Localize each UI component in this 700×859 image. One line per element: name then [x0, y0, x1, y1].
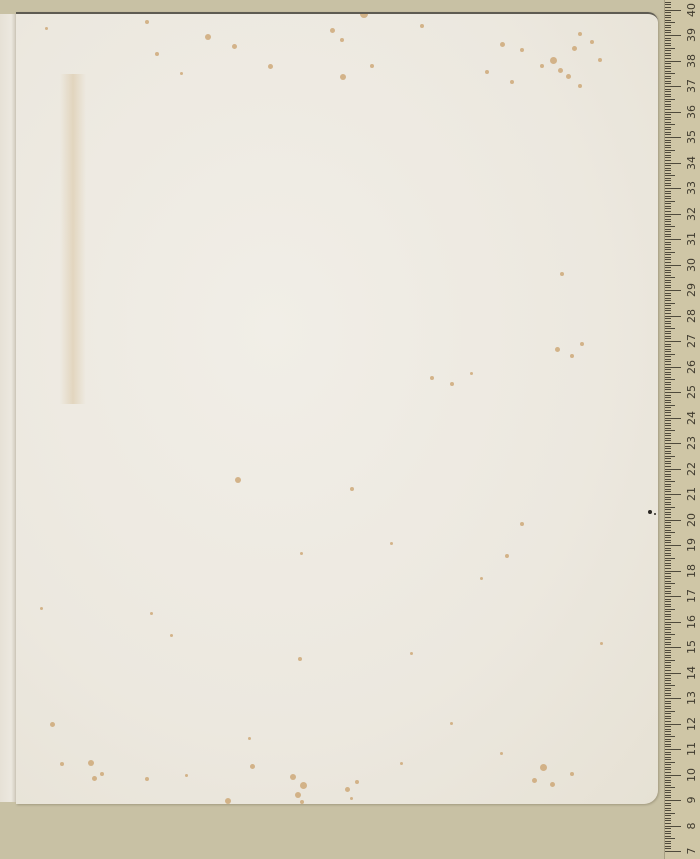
- ruler-tick: [665, 486, 671, 487]
- ruler-tick: [665, 173, 671, 174]
- ruler-tick: [665, 775, 681, 776]
- foxing-spot: [550, 57, 557, 64]
- foxing-spot: [570, 354, 574, 358]
- foxing-spot: [232, 44, 237, 49]
- ruler-tick: [665, 583, 675, 584]
- ruler-tick: [665, 346, 671, 347]
- ruler-tick: [665, 777, 671, 778]
- ruler-tick: [665, 7, 671, 8]
- ruler-label-35: 35: [686, 127, 698, 147]
- foxing-spot: [370, 64, 374, 68]
- foxing-spot: [598, 58, 602, 62]
- ruler-tick: [665, 71, 671, 72]
- ruler-tick: [665, 101, 671, 102]
- ruler-tick: [665, 226, 675, 227]
- ruler-label-14: 14: [686, 663, 698, 683]
- ruler-tick: [665, 818, 671, 819]
- ruler-tick: [665, 122, 671, 123]
- ruler-tick: [665, 688, 671, 689]
- ruler-tick: [665, 216, 671, 217]
- foxing-spot: [500, 42, 505, 47]
- ruler-tick: [665, 479, 671, 480]
- ruler-tick: [665, 318, 671, 319]
- ruler-tick: [665, 277, 675, 278]
- ruler-tick: [665, 147, 671, 148]
- ruler-tick: [665, 211, 671, 212]
- ruler-tick: [665, 430, 675, 431]
- ruler-tick: [665, 165, 671, 166]
- ruler-tick: [665, 142, 671, 143]
- foxing-spot: [248, 737, 251, 740]
- measuring-ruler: 7891011121314151617181920212223242526272…: [664, 0, 700, 859]
- ruler-label-21: 21: [686, 484, 698, 504]
- ruler-tick: [665, 425, 671, 426]
- ruler-tick: [665, 785, 671, 786]
- ruler-tick: [665, 12, 671, 13]
- ruler-tick: [665, 91, 671, 92]
- ruler-tick: [665, 338, 671, 339]
- ruler-tick: [665, 201, 675, 202]
- ruler-tick: [665, 20, 671, 21]
- ruler-tick: [665, 114, 671, 115]
- foxing-spot: [566, 74, 571, 79]
- ruler-tick: [665, 400, 671, 401]
- ruler-tick: [665, 290, 681, 291]
- foxing-spot: [250, 764, 255, 769]
- ruler-tick: [665, 25, 671, 26]
- ruler-tick: [665, 170, 671, 171]
- ruler-tick: [665, 152, 671, 153]
- ruler-tick: [665, 331, 671, 332]
- foxing-spot: [400, 762, 403, 765]
- ruler-tick: [665, 622, 681, 623]
- foxing-spot: [92, 776, 97, 781]
- ruler-label-23: 23: [686, 433, 698, 453]
- ruler-tick: [665, 772, 671, 773]
- foxing-spot: [150, 612, 153, 615]
- ruler-tick: [665, 374, 671, 375]
- foxing-spot: [485, 70, 489, 74]
- ruler-tick: [665, 713, 671, 714]
- ruler-tick: [665, 571, 681, 572]
- ruler-tick: [665, 512, 671, 513]
- foxing-spot: [578, 84, 582, 88]
- ruler-tick: [665, 231, 671, 232]
- foxing-spot: [410, 652, 413, 655]
- ruler-label-7: 7: [686, 841, 698, 859]
- ruler-tick: [665, 522, 671, 523]
- ruler-tick: [665, 690, 671, 691]
- ruler-tick: [665, 86, 681, 87]
- ruler-tick: [665, 448, 671, 449]
- ruler-tick: [665, 614, 671, 615]
- foxing-spot: [300, 800, 304, 804]
- ruler-label-17: 17: [686, 586, 698, 606]
- foxing-spot: [340, 74, 346, 80]
- ruler-tick: [665, 364, 671, 365]
- ruler-tick: [665, 10, 681, 11]
- ruler-tick: [665, 701, 671, 702]
- ruler-tick: [665, 313, 671, 314]
- foxing-spot: [450, 722, 453, 725]
- ruler-label-28: 28: [686, 306, 698, 326]
- ruler-tick: [665, 843, 671, 844]
- ruler-tick: [665, 678, 671, 679]
- ruler-tick: [665, 193, 671, 194]
- ruler-tick: [665, 764, 671, 765]
- ruler-tick: [665, 249, 671, 250]
- ruler-tick: [665, 140, 671, 141]
- foxing-spot: [205, 34, 211, 40]
- foxing-spot: [540, 764, 547, 771]
- ruler-tick: [665, 336, 671, 337]
- ruler-tick: [665, 461, 671, 462]
- ruler-tick: [665, 721, 671, 722]
- foxing-spot: [235, 477, 241, 483]
- ruler-tick: [665, 298, 671, 299]
- ruler-tick: [665, 652, 671, 653]
- ruler-tick: [665, 525, 671, 526]
- ruler-tick: [665, 683, 671, 684]
- ruler-tick: [665, 527, 671, 528]
- ruler-tick: [665, 665, 671, 666]
- ruler-tick: [665, 639, 671, 640]
- blank-page: [16, 12, 658, 804]
- foxing-spot: [570, 772, 574, 776]
- ruler-tick: [665, 716, 671, 717]
- ruler-tick: [665, 252, 675, 253]
- ruler-tick: [665, 76, 671, 77]
- ruler-tick: [665, 790, 671, 791]
- ruler-tick: [665, 124, 675, 125]
- ruler-label-30: 30: [686, 255, 698, 275]
- ruler-tick: [665, 180, 671, 181]
- ruler-tick: [665, 112, 681, 113]
- ruler-tick: [665, 303, 675, 304]
- ruler-label-20: 20: [686, 510, 698, 530]
- ruler-tick: [665, 356, 671, 357]
- ruler-tick: [665, 604, 671, 605]
- ruler-tick: [665, 392, 681, 393]
- ruler-tick: [665, 724, 681, 725]
- ruler-tick: [665, 609, 675, 610]
- ruler-tick: [665, 428, 671, 429]
- ruler-label-11: 11: [686, 739, 698, 759]
- ruler-tick: [665, 463, 671, 464]
- foxing-spot: [298, 657, 302, 661]
- foxing-spot: [88, 760, 94, 766]
- ruler-tick: [665, 377, 671, 378]
- ruler-tick: [665, 198, 671, 199]
- ruler-tick: [665, 387, 671, 388]
- ruler-tick: [665, 35, 681, 36]
- ruler-label-25: 25: [686, 382, 698, 402]
- ruler-label-13: 13: [686, 688, 698, 708]
- ruler-tick: [665, 293, 671, 294]
- ruler-tick: [665, 680, 671, 681]
- ruler-tick: [665, 752, 671, 753]
- ruler-tick: [665, 484, 671, 485]
- ruler-tick: [665, 757, 671, 758]
- ruler-tick: [665, 308, 671, 309]
- ruler-tick: [665, 275, 671, 276]
- foxing-spot: [300, 782, 307, 789]
- ruler-tick: [665, 841, 671, 842]
- ruler-tick: [665, 420, 671, 421]
- ruler-tick: [665, 693, 671, 694]
- ruler-tick: [665, 703, 671, 704]
- ruler-tick: [665, 833, 671, 834]
- ruler-tick: [665, 744, 671, 745]
- ruler-tick: [665, 787, 675, 788]
- ruler-label-19: 19: [686, 535, 698, 555]
- ruler-tick: [665, 800, 681, 801]
- ruler-tick: [665, 191, 671, 192]
- ruler-tick: [665, 160, 671, 161]
- ruler-tick: [665, 754, 671, 755]
- foxing-spot: [145, 20, 149, 24]
- ruler-tick: [665, 601, 671, 602]
- ruler-tick: [665, 469, 681, 470]
- ruler-tick: [665, 828, 671, 829]
- foxing-spot: [505, 554, 509, 558]
- ruler-tick: [665, 316, 681, 317]
- ruler-tick: [665, 655, 671, 656]
- foxing-spot: [180, 72, 183, 75]
- ruler-tick: [665, 734, 671, 735]
- ruler-tick: [665, 369, 671, 370]
- foxing-spot: [225, 798, 231, 804]
- foxing-spot: [558, 68, 563, 73]
- ruler-tick: [665, 667, 671, 668]
- ruler-tick: [665, 359, 671, 360]
- ruler-tick: [665, 586, 671, 587]
- ruler-tick: [665, 746, 671, 747]
- ruler-tick: [665, 168, 671, 169]
- ruler-tick: [665, 295, 671, 296]
- ruler-tick: [665, 558, 675, 559]
- foxing-spot: [330, 28, 335, 33]
- ruler-tick: [665, 823, 671, 824]
- ruler-tick: [665, 196, 671, 197]
- ruler-tick: [665, 619, 671, 620]
- ruler-tick: [665, 410, 671, 411]
- ruler-tick: [665, 685, 675, 686]
- ruler-tick: [665, 504, 671, 505]
- ruler-tick: [665, 660, 675, 661]
- ruler-label-27: 27: [686, 331, 698, 351]
- ruler-tick: [665, 532, 675, 533]
- ruler-tick: [665, 402, 671, 403]
- ruler-tick: [665, 736, 675, 737]
- ruler-tick: [665, 45, 671, 46]
- ruler-tick: [665, 89, 671, 90]
- ruler-tick: [665, 382, 671, 383]
- ruler-tick: [665, 418, 681, 419]
- ruler-tick: [665, 650, 671, 651]
- foxing-spot: [540, 64, 544, 68]
- ruler-tick: [665, 83, 671, 84]
- ruler-tick: [665, 540, 671, 541]
- ruler-tick: [665, 183, 671, 184]
- foxing-spot: [390, 542, 393, 545]
- ruler-tick: [665, 66, 671, 67]
- ruler-label-31: 31: [686, 229, 698, 249]
- foxing-spot: [470, 372, 473, 375]
- ruler-tick: [665, 550, 671, 551]
- foxing-spot: [510, 80, 514, 84]
- ruler-tick: [665, 282, 671, 283]
- ruler-tick: [665, 326, 671, 327]
- ruler-tick: [665, 578, 671, 579]
- ruler-tick: [665, 695, 671, 696]
- ruler-tick: [665, 22, 675, 23]
- ruler-tick: [665, 706, 671, 707]
- ruler-label-24: 24: [686, 408, 698, 428]
- ruler-tick: [665, 530, 671, 531]
- ruler-tick: [665, 397, 671, 398]
- ruler-tick: [665, 565, 671, 566]
- ruler-tick: [665, 244, 671, 245]
- ruler-tick: [665, 670, 671, 671]
- ruler-tick: [665, 43, 671, 44]
- ruler-tick: [665, 236, 671, 237]
- foxing-spot: [450, 382, 454, 386]
- ruler-tick: [665, 247, 671, 248]
- ruler-tick: [665, 568, 671, 569]
- ruler-tick: [665, 637, 671, 638]
- ruler-tick: [665, 629, 671, 630]
- ruler-tick: [665, 137, 681, 138]
- ruler-label-16: 16: [686, 612, 698, 632]
- foxing-spot: [500, 752, 503, 755]
- ruler-tick: [665, 675, 671, 676]
- ruler-tick: [665, 214, 681, 215]
- ruler-label-12: 12: [686, 714, 698, 734]
- ruler-tick: [665, 443, 681, 444]
- foxing-spot: [350, 797, 353, 800]
- ruler-tick: [665, 4, 671, 5]
- ruler-tick: [665, 50, 671, 51]
- ruler-tick: [665, 767, 671, 768]
- ruler-label-40: 40: [686, 0, 698, 20]
- ruler-tick: [665, 2, 671, 3]
- ruler-tick: [665, 433, 671, 434]
- ruler-tick: [665, 361, 671, 362]
- ruler-tick: [665, 285, 671, 286]
- ruler-tick: [665, 145, 671, 146]
- ruler-tick: [665, 117, 671, 118]
- ruler-tick: [665, 453, 671, 454]
- ruler-label-10: 10: [686, 765, 698, 785]
- ruler-tick: [665, 588, 671, 589]
- ruler-label-33: 33: [686, 178, 698, 198]
- foxing-spot: [572, 46, 577, 51]
- ruler-tick: [665, 494, 681, 495]
- ruler-tick: [665, 175, 675, 176]
- foxing-spot: [532, 778, 537, 783]
- foxing-spot: [185, 774, 188, 777]
- ruler-tick: [665, 458, 671, 459]
- ruler-tick: [665, 94, 671, 95]
- ruler-label-39: 39: [686, 25, 698, 45]
- ruler-tick: [665, 188, 681, 189]
- ruler-tick: [665, 593, 671, 594]
- ruler-label-18: 18: [686, 561, 698, 581]
- foxing-spot: [45, 27, 48, 30]
- ruler-tick: [665, 349, 671, 350]
- ruler-tick: [665, 456, 675, 457]
- ruler-tick: [665, 792, 671, 793]
- ruler-tick: [665, 657, 671, 658]
- ruler-tick: [665, 673, 681, 674]
- ruler-tick: [665, 134, 671, 135]
- ruler-label-29: 29: [686, 280, 698, 300]
- ruler-tick: [665, 759, 671, 760]
- foxing-spot: [590, 40, 594, 44]
- ruler-tick: [665, 548, 671, 549]
- ruler-tick: [665, 805, 671, 806]
- ruler-tick: [665, 333, 671, 334]
- ruler-tick: [665, 55, 671, 56]
- ruler-label-38: 38: [686, 51, 698, 71]
- ruler-label-36: 36: [686, 102, 698, 122]
- gutter-stain: [60, 74, 86, 404]
- ruler-tick: [665, 203, 671, 204]
- foxing-spot: [268, 64, 273, 69]
- ruler-tick: [665, 32, 671, 33]
- ruler-tick: [665, 438, 671, 439]
- ruler-tick: [665, 576, 671, 577]
- ruler-tick: [665, 517, 671, 518]
- ruler-tick: [665, 206, 671, 207]
- ruler-tick: [665, 132, 671, 133]
- ruler-tick: [665, 813, 675, 814]
- ruler-tick: [665, 78, 671, 79]
- ruler-tick: [665, 267, 671, 268]
- ruler-tick: [665, 627, 671, 628]
- foxing-spot: [60, 762, 64, 766]
- foxing-spot: [578, 32, 582, 36]
- ruler-tick: [665, 73, 675, 74]
- ruler-tick: [665, 647, 681, 648]
- ruler-label-37: 37: [686, 76, 698, 96]
- ruler-tick: [665, 30, 671, 31]
- ruler-tick: [665, 606, 671, 607]
- ruler-tick: [665, 265, 681, 266]
- foxing-spot: [170, 634, 173, 637]
- ruler-tick: [665, 423, 671, 424]
- ruler-tick: [665, 451, 671, 452]
- ruler-tick: [665, 351, 671, 352]
- facing-page-edge: [0, 14, 17, 802]
- ruler-tick: [665, 310, 671, 311]
- foxing-spot: [555, 347, 560, 352]
- ruler-tick: [665, 446, 671, 447]
- ruler-tick: [665, 109, 671, 110]
- ruler-tick: [665, 502, 671, 503]
- ruler-tick: [665, 507, 675, 508]
- ruler-tick: [665, 662, 671, 663]
- ruler-tick: [665, 63, 671, 64]
- ruler-tick: [665, 254, 671, 255]
- ink-speck: [654, 513, 656, 515]
- ruler-tick: [665, 632, 671, 633]
- ruler-tick: [665, 178, 671, 179]
- ruler-tick: [665, 224, 671, 225]
- ruler-tick: [665, 379, 675, 380]
- ruler-tick: [665, 581, 671, 582]
